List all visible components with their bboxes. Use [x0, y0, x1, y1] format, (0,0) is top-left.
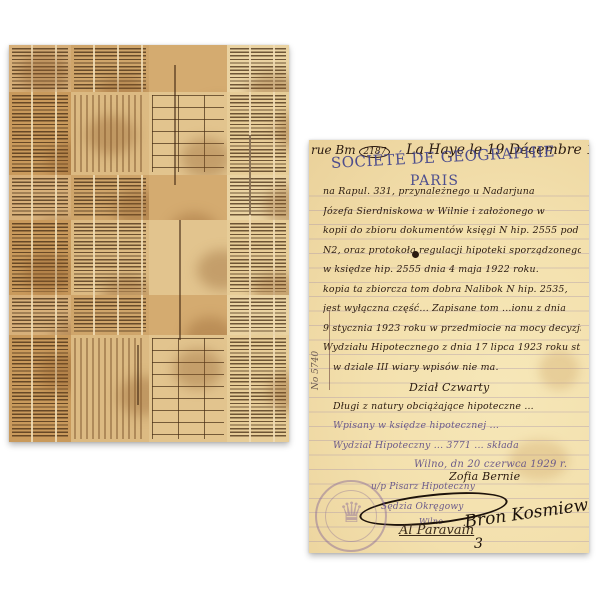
signature-second: Al Paravain [399, 523, 474, 538]
date-line: Wilno, dn 20 czerwca 1929 r. [414, 459, 581, 470]
handwritten-line: na Rapul. 331, przynależnego u Nadarjuna [323, 186, 581, 197]
handwritten-line: N2, oraz protokoła regulacji hipoteki sp… [323, 245, 581, 256]
collage-tile [9, 295, 71, 335]
handwritten-line: kopii do zbioru dokumentów księgi N hip.… [323, 225, 581, 236]
collage-tile [9, 45, 71, 92]
handwritten-line: w dziale III wiary wpisów nie ma. [333, 362, 581, 373]
handwritten-line: Dział Czwarty [409, 381, 581, 394]
collage-tile [227, 220, 289, 295]
newspaper-collage-sheet [9, 45, 289, 442]
paper-crease [174, 65, 176, 185]
signature-mark: 3 [474, 536, 483, 552]
collage-tile [149, 92, 227, 175]
handwritten-line: w księdze hip. 2555 dnia 4 maja 1922 rok… [323, 264, 581, 275]
handwritten-line: Wydziału Hipotecznego z dnia 17 lipca 19… [323, 342, 581, 353]
paper-crease [179, 220, 181, 340]
official-seal: ♛ [315, 480, 387, 552]
footer-line: u/p Pisarz Hipoteczny [371, 482, 581, 492]
handwritten-line: Wydział Hipoteczny ... 3771 ... składa [333, 440, 581, 451]
collage-tile [149, 295, 227, 335]
handwritten-line: jest wyłączna część... Zapisane tom ...i… [323, 303, 581, 314]
collage-tile [9, 175, 71, 220]
handwritten-line: Długi z natury obciążające hipoteczne ..… [333, 401, 581, 412]
collage-tile [9, 220, 71, 295]
paper-crease [249, 135, 251, 215]
collage-tile [149, 175, 227, 220]
handwritten-line: kopia ta zbiorcza tom dobra Nalibok N hi… [323, 284, 581, 295]
collage-tile [149, 335, 227, 442]
handwritten-letter-sheet: rue Bm 2187 La Haye le 19 Décembre 19 SO… [309, 140, 589, 553]
collage-tile [227, 45, 289, 92]
ink-blot [412, 251, 419, 258]
collage-tile [9, 92, 71, 175]
collage-tile [227, 335, 289, 442]
handwritten-line: Wpisany w księdze hipotecznej ... [333, 420, 581, 431]
collage-tile [71, 175, 149, 220]
collage-tile [71, 92, 149, 175]
handwritten-line: Józefa Sierdniskowa w Wilnie i założoneg… [323, 206, 581, 217]
collage-tile [149, 45, 227, 92]
handwritten-line: 9 stycznia 1923 roku w przedmiocie na mo… [323, 323, 581, 334]
eagle-emblem-icon: ♛ [339, 496, 364, 529]
collage-tile [71, 220, 149, 295]
collage-tile [227, 175, 289, 220]
paper-crease [137, 345, 139, 405]
collage-tile [227, 92, 289, 175]
margin-line [329, 310, 330, 390]
collage-tile [9, 335, 71, 442]
collage-tile [71, 295, 149, 335]
collage-tile [227, 295, 289, 335]
collage-tile [149, 220, 227, 295]
collage-tile [71, 45, 149, 92]
side-number: No 5740 [311, 351, 321, 390]
